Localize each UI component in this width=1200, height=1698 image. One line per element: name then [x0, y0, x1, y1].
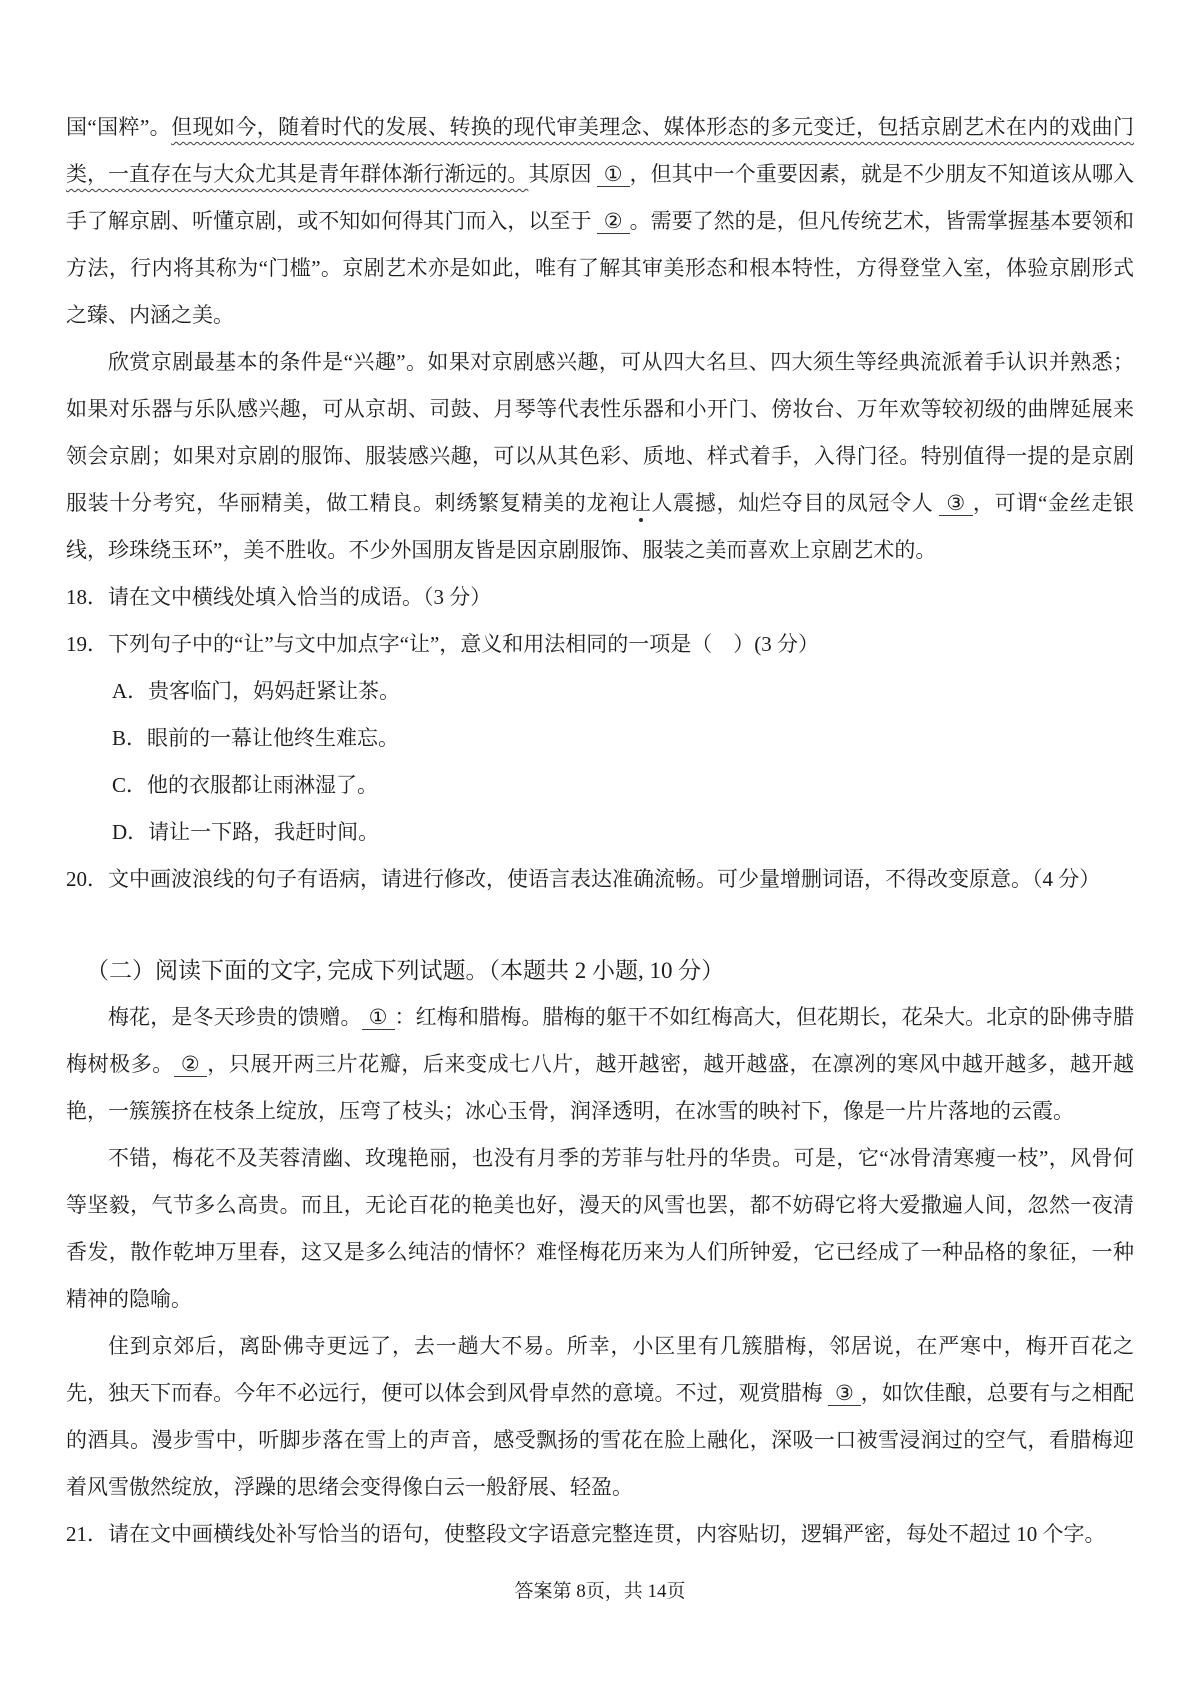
question-21: 21．请在文中画横线处补写恰当的语句，使整段文字语意完整连贯，内容贴切，逻辑严密…: [66, 1511, 1134, 1558]
fill-blank-1: ①: [597, 162, 630, 187]
passage1-paragraph-1: 国“国粹”。但现如今，随着时代的发展、转换的现代审美理念、媒体形态的多元变迁，包…: [66, 104, 1134, 339]
fill-blank-s2-2: ②: [174, 1052, 207, 1077]
section2-p1-text: 梅花，是冬天珍贵的馈赠。: [108, 1005, 362, 1029]
section2-p1-text3: ，只展开两三片花瓣，后来变成七八片，越开越密，越开越盛，在凛冽的寒风中越开越多，…: [66, 1052, 1134, 1123]
passage1-p1-lead: 国“国粹”。: [66, 115, 171, 139]
section2-paragraph-1: 梅花，是冬天珍贵的馈赠。①：红梅和腊梅。腊梅的躯干不如红梅高大，但花期长，花朵大…: [66, 994, 1134, 1135]
fill-blank-3: ③: [939, 491, 973, 516]
question-19-option-b: B．眼前的一幕让他终生难忘。: [66, 715, 1134, 762]
question-20: 20．文中画波浪线的句子有语病，请进行修改，使语言表达准确流畅。可少量增删词语，…: [66, 856, 1134, 903]
question-19-option-a: A．贵客临门，妈妈赶紧让茶。: [66, 668, 1134, 715]
question-19-option-d: D．请让一下路，我赶时间。: [66, 809, 1134, 856]
question-19-option-c: C．他的衣服都让雨淋湿了。: [66, 762, 1134, 809]
fill-blank-s2-1: ①: [362, 1005, 395, 1030]
fill-blank-2: ②: [597, 209, 630, 234]
passage1-p2-text2: 人震撼，灿烂夺目的凤冠令人: [652, 491, 940, 515]
section2-paragraph-2: 不错，梅花不及芙蓉清幽、玫瑰艳丽，也没有月季的芳菲与牡丹的华贵。可是，它“冰骨清…: [66, 1135, 1134, 1323]
section-2-header: （二）阅读下面的文字, 完成下列试题。（本题共 2 小题, 10 分）: [66, 947, 1134, 994]
passage1-p1-text: 其原因: [528, 162, 596, 186]
exam-document-page: 国“国粹”。但现如今，随着时代的发展、转换的现代审美理念、媒体形态的多元变迁，包…: [0, 0, 1200, 1698]
question-18: 18．请在文中横线处填入恰当的成语。（3 分）: [66, 574, 1134, 621]
page-number-footer: 答案第 8页，共 14页: [0, 1580, 1200, 1604]
emphasized-char-rang: 让: [630, 491, 652, 515]
section2-paragraph-3: 住到京郊后，离卧佛寺更远了，去一趟大不易。所幸，小区里有几簇腊梅，邻居说，在严寒…: [66, 1323, 1134, 1511]
passage1-paragraph-2: 欣赏京剧最基本的条件是“兴趣”。如果对京剧感兴趣，可从四大名旦、四大须生等经典流…: [66, 339, 1134, 574]
fill-blank-s2-3: ③: [828, 1381, 861, 1406]
question-19: 19．下列句子中的“让”与文中加点字“让”，意义和用法相同的一项是（ ）(3 分…: [66, 621, 1134, 668]
